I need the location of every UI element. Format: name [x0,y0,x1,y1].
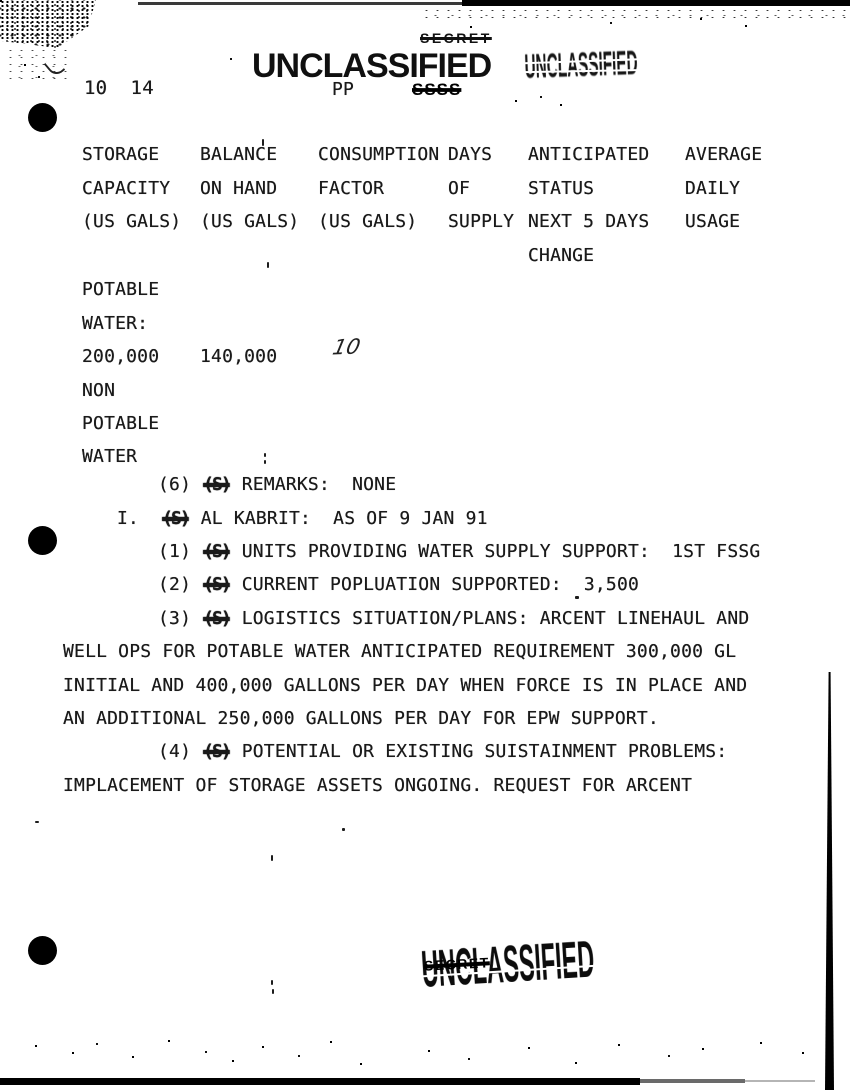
doc-line-text: UNITS PROVIDING WATER SUPPLY SUPPORT: 1S… [231,541,761,562]
table-cell: POTABLE [82,281,159,299]
scan-noise-top-left [0,0,96,48]
table-header-cell: (US GALS) [318,213,417,231]
doc-line: IMPLACEMENT OF STORAGE ASSETS ONGOING. R… [63,777,692,795]
doc-line-text: POTENTIAL OR EXISTING SUISTAINMENT PROBL… [231,741,728,762]
struck-classification-mark: (S) [202,608,231,629]
table-header-cell: CHANGE [528,247,594,265]
doc-line: WELL OPS FOR POTABLE WATER ANTICIPATED R… [63,643,736,661]
hole-punch-middle [28,526,57,555]
doc-line: (6) (S) REMARKS: NONE [158,476,396,494]
struck-routing-code: SSSS [412,81,461,100]
table-header-cell: OF [448,180,470,198]
doc-line: (3) (S) LOGISTICS SITUATION/PLANS: ARCEN… [158,610,749,628]
stray-mark [342,828,345,831]
table-header-cell: NEXT 5 DAYS [528,213,649,231]
doc-line-text: INITIAL AND 400,000 GALLONS PER DAY WHEN… [63,675,747,696]
table-header-cell: SUPPLY [448,213,514,231]
doc-line-text: AN ADDITIONAL 250,000 GALLONS PER DAY FO… [63,708,659,729]
stray-mark [35,821,39,823]
doc-line: (2) (S) CURRENT POPLUATION SUPPORTED: 3,… [158,576,639,594]
scan-edge-bottom-fade [640,1079,745,1083]
table-header-cell: STATUS [528,180,594,198]
scanned-document-page: SECRET UNCLASSIFIED UNCLASSIFIED 10 14 P… [0,0,850,1090]
table-cell: POTABLE [82,415,159,433]
doc-line-text: (2) [158,574,202,595]
struck-classification-mark: (S) [202,741,231,762]
table-header-cell: BALANCE [200,146,277,164]
doc-line-text: (6) [158,474,202,495]
scan-speckles [0,0,2,2]
doc-line-text: IMPLACEMENT OF STORAGE ASSETS ONGOING. R… [63,775,692,796]
struck-classification-mark: (S) [161,508,190,529]
precedence-code: PP [332,81,354,99]
struck-classification-mark: (S) [202,574,231,595]
stray-mark [264,453,266,457]
struck-classification-mark: (S) [202,541,231,562]
table-header-cell: (US GALS) [200,213,299,231]
doc-line-text: WELL OPS FOR POTABLE WATER ANTICIPATED R… [63,641,736,662]
doc-line: AN ADDITIONAL 250,000 GALLONS PER DAY FO… [63,710,659,728]
table-header-cell: ANTICIPATED [528,146,649,164]
table-cell: NON [82,382,115,400]
faded-unclassified-stamp: UNCLASSIFIED [524,50,654,92]
table-header-cell: CONSUMPTION [318,146,439,164]
stray-mark [575,596,579,599]
hole-punch-top [28,103,57,132]
stray-mark [271,980,273,985]
table-header-cell: FACTOR [318,180,384,198]
scan-edge-bottom [0,1078,640,1085]
table-header-cell: (US GALS) [82,213,181,231]
doc-line-text: LOGISTICS SITUATION/PLANS: ARCENT LINEHA… [231,608,750,629]
handwritten-days-of-supply: 10 [331,337,362,359]
table-cell: 200,000 [82,348,159,366]
doc-line-text: (3) [158,608,202,629]
unclassified-stamp: UNCLASSIFIED [252,49,491,83]
doc-line-text: AL KABRIT: AS OF 9 JAN 91 [190,508,488,529]
stray-mark [267,262,269,268]
struck-secret-classification: SECRET [420,30,492,46]
doc-line: (4) (S) POTENTIAL OR EXISTING SUISTAINME… [158,743,727,761]
table-header-cell: AVERAGE [685,146,762,164]
table-header-cell: ON HAND [200,180,277,198]
scan-edge-top-left [138,2,483,5]
struck-classification-mark: (S) [202,474,231,495]
table-header-cell: DAYS [448,146,492,164]
stray-mark [264,460,266,464]
doc-line: I. (S) AL KABRIT: AS OF 9 JAN 91 [117,510,488,528]
stray-mark [271,855,273,861]
scan-edge-bottom-fade2 [745,1080,815,1082]
table-cell: WATER: [82,315,148,333]
doc-line: INITIAL AND 400,000 GALLONS PER DAY WHEN… [63,677,747,695]
scan-noise-top-band [420,6,850,24]
doc-line-text: REMARKS: NONE [231,474,397,495]
table-header-cell: USAGE [685,213,740,231]
doc-line-text: CURRENT POPLUATION SUPPORTED: 3,500 [231,574,639,595]
doc-line: (1) (S) UNITS PROVIDING WATER SUPPLY SUP… [158,543,760,561]
scan-edge-right [825,672,834,1090]
table-header-cell: STORAGE [82,146,159,164]
table-cell: 140,000 [200,348,277,366]
page-numbers: 10 14 [84,79,154,98]
doc-line-text: (1) [158,541,202,562]
hole-punch-bottom [28,936,57,965]
bottom-unclassified-stamp: UNCLASSIFIED SECRET [420,944,640,1014]
stray-mark [272,989,274,994]
table-cell: WATER [82,448,137,466]
table-header-cell: DAILY [685,180,740,198]
doc-line-text: I. [117,508,161,529]
table-header-cell: CAPACITY [82,180,170,198]
doc-line-text: (4) [158,741,202,762]
